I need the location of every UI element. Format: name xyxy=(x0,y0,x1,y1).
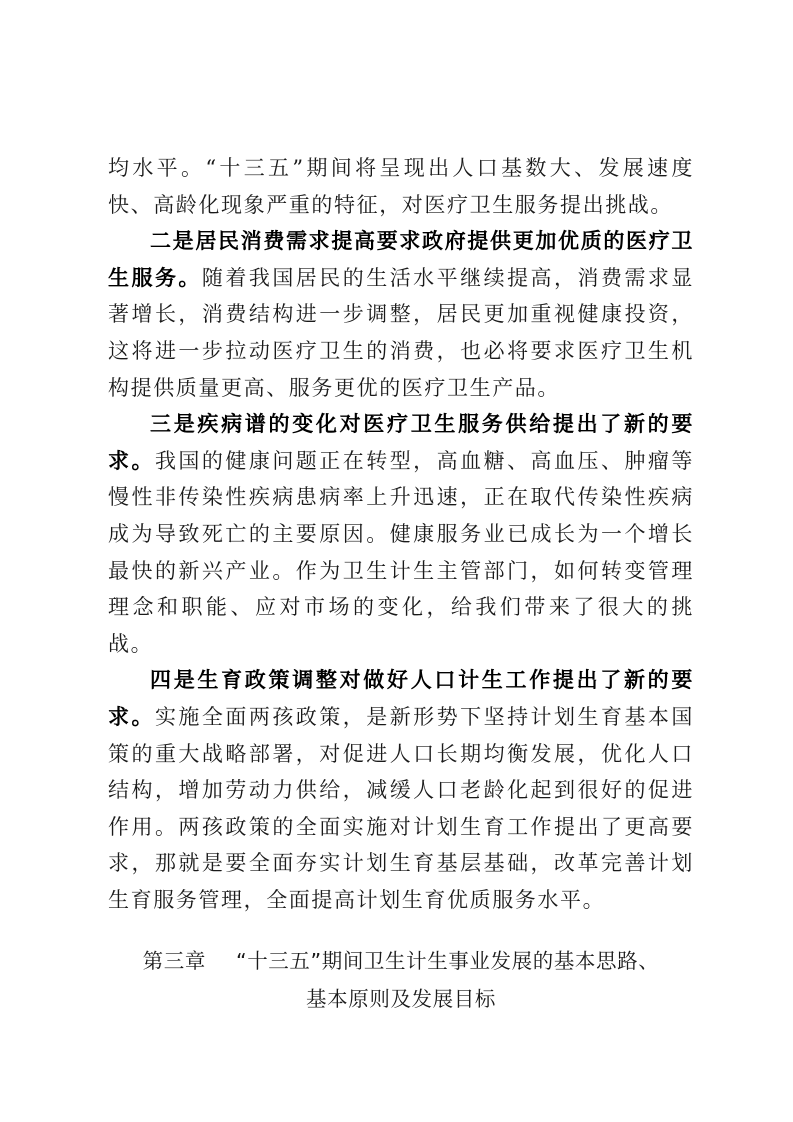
paragraph-text: 实施全面两孩政策，是新形势下坚持计划生育基本国策的重大战略部署，对促进人口长期均… xyxy=(108,705,694,912)
chapter-label: 第三章 xyxy=(143,949,206,973)
paragraph-fertility-policy: 四是生育政策调整对做好人口计生工作提出了新的要求。实施全面两孩政策，是新形势下坚… xyxy=(108,662,694,918)
document-body: 均水平。“十三五”期间将呈现出人口基数大、发展速度快、高龄化现象严重的特征，对医… xyxy=(108,150,694,918)
paragraph-consumer-demand: 二是居民消费需求提高要求政府提供更加优质的医疗卫生服务。随着我国居民的生活水平继… xyxy=(108,223,694,406)
chapter-title-line2: 基本原则及发展目标 xyxy=(108,980,694,1018)
paragraph-text: 均水平。“十三五”期间将呈现出人口基数大、发展速度快、高龄化现象严重的特征，对医… xyxy=(108,156,694,217)
paragraph-continuation: 均水平。“十三五”期间将呈现出人口基数大、发展速度快、高龄化现象严重的特征，对医… xyxy=(108,150,694,223)
chapter-title-line1: “十三五”期间卫生计生事业发展的基本思路、 xyxy=(236,949,659,973)
paragraph-text: 我国的健康问题正在转型，高血糖、高血压、肿瘤等慢性非传染性疾病患病率上升迅速，正… xyxy=(108,449,694,656)
chapter-heading-line1: 第三章“十三五”期间卫生计生事业发展的基本思路、 xyxy=(108,942,694,980)
chapter-heading: 第三章“十三五”期间卫生计生事业发展的基本思路、 基本原则及发展目标 xyxy=(108,942,694,1018)
paragraph-disease-spectrum: 三是疾病谱的变化对医疗卫生服务供给提出了新的要求。我国的健康问题正在转型，高血糖… xyxy=(108,406,694,662)
